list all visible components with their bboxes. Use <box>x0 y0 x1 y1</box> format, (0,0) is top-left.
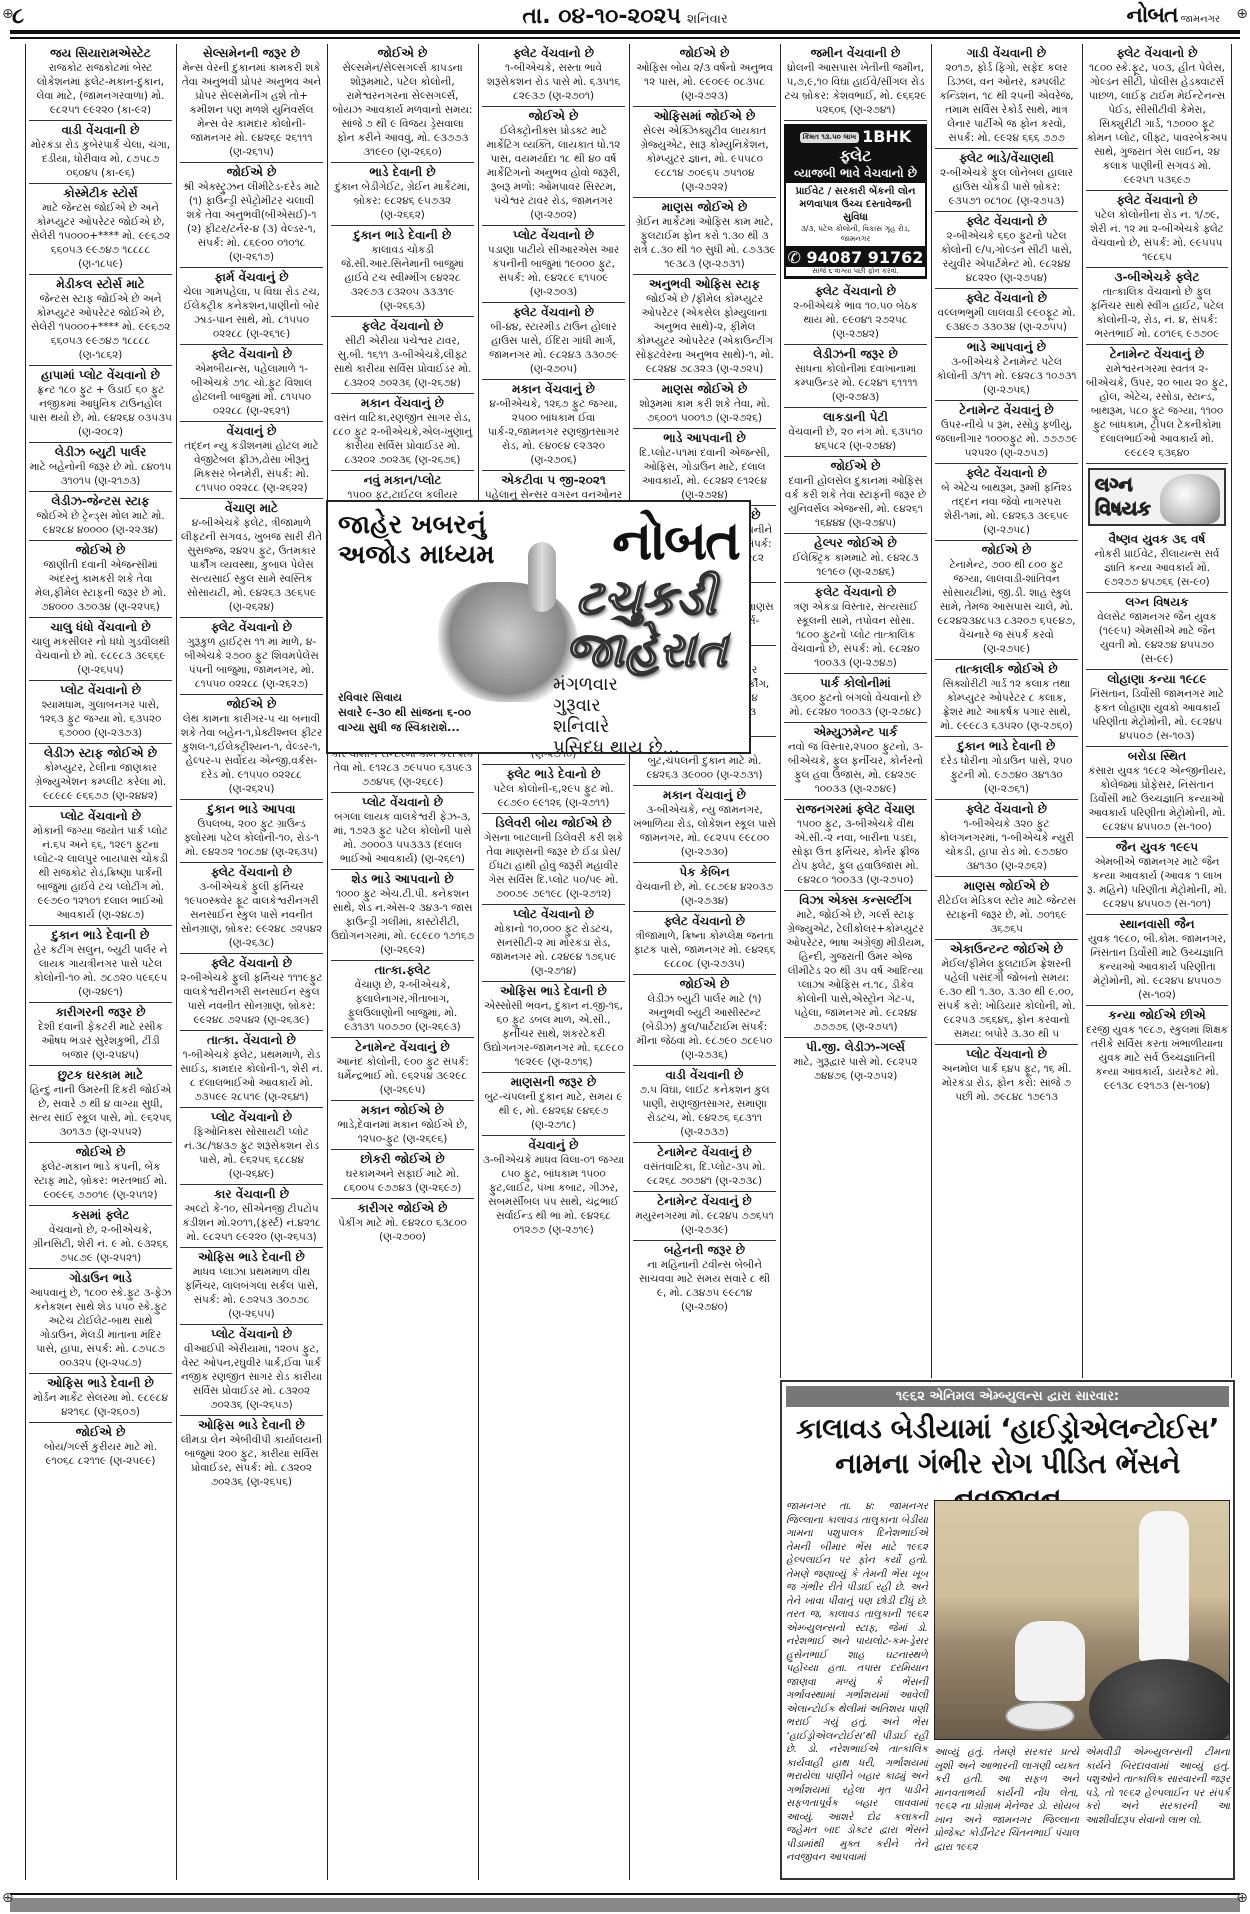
ad-text: મોકાનો ૧૦,૦૦૦ ફુટ રોડટચ, સનસીટી-૨ માં મો… <box>482 922 625 978</box>
ad-text: મોરકંડા રોડ કુબેરપાર્ક ચેલા, ચંગા, દડીયા… <box>29 138 172 180</box>
ad-text: ગેસના બાટલાની ડિલેવરી કરી શકે તેવા માણસન… <box>482 831 625 901</box>
classified-ad: ગોડાઉન ભાડેઆપવાનું છે, ૧૮૦૦ સ્કે.ફુટ ૩-ફ… <box>29 1269 172 1374</box>
ad-heading: કાર વેંચવાની છે <box>180 1187 323 1202</box>
classified-ad: વાડી વેંચવાની છેમોરકંડા રોડ કુબેરપાર્ક ચ… <box>29 121 172 184</box>
classified-ad: ટેનામેન્ટ વેંચવાનું છેવસંતવાટિકા, દિ.પ્લ… <box>633 1143 776 1192</box>
classified-ad: ઓફિસમાં જોઈએ છેસેલ્સ એક્ઝિક્યુટીવ લાયકાત… <box>633 107 776 198</box>
ad-heading: ભાડે આપવાની છે <box>633 431 776 446</box>
classified-ad: જોઈએ છેશ્રી એક્સ્ટ્રુઝન લીમીટેડ-દરેડ માટ… <box>180 163 323 268</box>
classified-ad: પ્લોટ વેંચવાનો છેપડાણા પાટીયે સીઆરએસ આર … <box>482 226 625 303</box>
ad-heading: મકાન વેંચવાનું છે <box>482 382 625 397</box>
ad-heading: શેડ ભાડે આપવાનો છે <box>331 872 474 887</box>
ad-heading: લગ્ન વિષયક <box>1086 595 1228 610</box>
ad-heading: કારીગર જોઈએ છે <box>331 1201 474 1216</box>
ad-text: ઈલેક્ટ્રિક કામમાટે મો. ૯૪૨૮૩ ૧૯૧૯૦ (ણ-૨૭… <box>784 551 927 579</box>
ad-heading: ફ્લેટ વેંચવાનો છે <box>633 914 776 929</box>
classified-ad: ફ્લેટ વેંચવાનો છે૩-બીએચકે ફુલી ફર્નિચર ૧… <box>180 863 323 954</box>
classified-ad: ફ્લેટ વેંચવાનો છેબે એટેચ બાથરૂમ, રૂમ્મી … <box>935 464 1078 541</box>
classified-ad: ફ્લેટ વેંચવાનો છેગુરૂકુળ હાઈટ્સ ૧૧ માં મ… <box>180 618 323 695</box>
classified-ad: ટેનામેન્ટ વેંચવાનું છેઆનંદ કોલોની, ૯૦૦ ફ… <box>331 1038 474 1101</box>
call-time-note: સાંજે ૬ વાગ્યા પછી ફોન કરવો. <box>786 267 925 276</box>
day-3: શનિવારે <box>553 716 680 737</box>
classified-ad: ફ્લેટ વેંચવાનો છે૧-બીએચકે ૩૨૦ ફુટ કોલગનગ… <box>935 800 1078 877</box>
ad-text: માટે જેન્ટસ જોઈએ છે અને કોમ્પ્યુટર ઓપરેટ… <box>29 201 172 271</box>
ad-text: જોઈએ છે /ફીમેલ કોમ્પ્યુટર ઓપરેટર (એકસેલ … <box>633 292 776 376</box>
ad-heading: ફાર્મ વેંચવાનું છે <box>180 270 323 285</box>
classified-ad: મકાન જોઈએ છેભાડે,દેવાનમાં મકાન જોઈએ છે, … <box>331 1101 474 1150</box>
classified-ad: ફલેટ વેંચવાનો છેસીટી એરીયા પંચેશ્વર ટાવર… <box>331 317 474 394</box>
ad-heading: લેડીઝની જરૂર છે <box>784 347 927 362</box>
ad-text: ૨૦૧૭, ફોર્ડ ફિગો, સફેદ કલર ડિઝલ, વન ઓનર,… <box>935 61 1078 145</box>
ad-heading: દુકાન ભાડે આપવા <box>180 802 323 817</box>
story-body-col-2: આવ્યું હતું. તેમણે સરકાર પ્રત્યે ખુશી અન… <box>934 1746 1079 1854</box>
ad-text: શોરૂમમાં કામ કરી શકે તેવા, મો. ૭૬૦૦૧ ૫૦૦… <box>633 397 776 425</box>
classified-ad: કન્યા જોઈએ છીએદરજી યુવક ૧૯૮૭, સ્કુલમાં શ… <box>1086 1006 1228 1096</box>
classified-ad: માણસ જોઈએ છેરીટેઈલ મેડિકલ સ્ટોર માટે જેન… <box>935 877 1078 940</box>
ad-heading: લેડીઝ સ્ટાફ જોઈએ છે <box>29 746 172 761</box>
ad-text: પટેલ કોલોની-૬,૨૯૫ ફુટ મો. ૯૮૭૯૦ ૯૯૧૨૬ (ણ… <box>482 782 625 810</box>
ad-text: ના મહિનાની ટવીન્સ બેબીને સાચવવા માટે સમય… <box>633 1258 776 1314</box>
classified-ad: દુકાન ભાડે દેવાની છેકાલાવડ ચોકડી જે.સી.આ… <box>331 226 474 317</box>
ad-heading: ટેનામેન્ટ વેંચવાનું છે <box>633 1194 776 1209</box>
ad-text: વલ્લભભુમી લાલવાડી ૯૯૦ફૂટ મો. ૯૩૪૯૭ ૩૩૦૩૪… <box>935 306 1078 334</box>
classified-ad: વાડી વેંચવાની છે૭.૫ વિઘા, લાઈટ કનેકશન કુ… <box>633 1066 776 1143</box>
phone-number: 94087 91762 <box>807 248 924 267</box>
ad-text: પેકીંગ માટે મો. ૯૪૨૮૦ ૬૩૮૦૦ (ણ-૨૭૦૦) <box>331 1216 474 1244</box>
classified-ad: જય સિયારામએસ્ટેટરાજકોટ રાજકોટમાં બેસ્ટ લ… <box>29 44 172 121</box>
ad-heading: ૩-બીએચકે ફ્લેટ <box>1086 270 1228 285</box>
ad-heading: ટેનામેન્ટ વેંચવાનું છે <box>1086 347 1228 362</box>
ad-text: ઓફિસ બોય ૨/૩ વર્ષનો અનુભવ ૧૨ પાસ, મો. ૯૯… <box>633 61 776 103</box>
classified-ad: જોઈએ છેલેથ કામના કારીગર-૫ ચા બનાવી શકે ત… <box>180 695 323 800</box>
ad-text: ૧-બીએચકે ફ્લેટ, પ્રથમમાળે, રોડ સાઈડ, કામ… <box>180 1048 323 1104</box>
classified-ad: લેડીઝ-જેન્ટસ સ્ટાફજોઈએ છે ટ્રેન્ડ્સ મોલ … <box>29 492 172 541</box>
ad-text: શ્રી એક્સ્ટ્રુઝન લીમીટેડ-દરેડ માટે (૧) ફ… <box>180 180 323 264</box>
classified-ad: લાકડાની પેટીવેંચવાની છે, ૨૦ નંગ મો. ૬૩૫૧… <box>784 408 927 457</box>
classified-ad: દુકાન ભાડે દેવાની છેહેર કટીંગ સલુન, બ્યુ… <box>29 926 172 1003</box>
ad-text: દરજી યુવક ૧૯૮૭, સ્કુલમાં શિક્ષક તરીકે સર… <box>1086 1023 1228 1093</box>
ad-text: ઈલેક્ટ્રોનીક્સ પ્રોડક્ટ માટે માર્કેટિંગ … <box>482 124 625 222</box>
publish-note: પ્રસિદ્ધ થાય છે... <box>553 737 680 754</box>
classified-ad: કાર વેંચવાની છેઅલ્ટો કે-૧૦, સીએનજી ટીપટો… <box>180 1185 323 1248</box>
ad-text: ફ્લેટ-મકાન ભાડે કંપની, બેંક સ્ટાફ માટે, … <box>29 1160 172 1202</box>
flat-ad-details: પ્રાઈવેટ / સરકારી બેંકની લોન મળવાપાત્ર ઉ… <box>786 183 925 246</box>
ad-text: ગ્રેઈન માર્કેટમાં ઓફિસ કામ માટે, ફુલટાઈમ… <box>633 215 776 271</box>
ad-heading: નવું મકાન/પ્લોટ <box>331 473 474 488</box>
classified-ad: હાપામાં પ્લોટ વેંચવાનો છેફ્રન્ટ ૧૮૦ ફુટ … <box>29 366 172 443</box>
ad-text: કંસારા યુવક ૧૯૮૨ એન્જીનીયર, કોલેજમાં પ્ર… <box>1086 764 1228 834</box>
classified-ad: ફ્લેટ ભાડે/વેંચાણથી૨-બીએચકે ફુલ લોનેબલ હ… <box>935 149 1078 212</box>
ad-heading: જોઈએ છે <box>180 697 323 712</box>
ad-heading: ડિલેવરી બોય જોઈએ છે <box>482 816 625 831</box>
ad-heading: સ્થાનવાસી જૈન <box>1086 917 1228 932</box>
docs-text: મળવાપાત્ર ઉચ્ચ દસ્તાવેજની સુવિધા <box>788 198 923 224</box>
classified-ad: છોકરી જોઈએ છેઘરકામઅને સફાઈ માટે મો. ૮૬૦૦… <box>331 1150 474 1199</box>
ad-text: રામેશ્વરનગરમાં સ્વતંત્ર ૨-બીએચકે, ઉપર, ૨… <box>1086 362 1228 460</box>
ad-text: સિક્યોરીટી ગાર્ડ ૧૨ કલાક તથા કોમ્પ્યુટર … <box>935 677 1078 733</box>
ad-heading: ભાડે દેવાની છે <box>331 165 474 180</box>
ad-text: ૧૦૦૦ ફુટ એચ.ટી.પી. કનેકશન સાથે, શેડ ન.એસ… <box>331 887 474 957</box>
ad-heading: બરોડા સ્થિત <box>1086 749 1228 764</box>
promo-tagline: જાહેર ખબરનુંઅજોડ માધ્યમ <box>338 510 495 570</box>
ad-text: બોય/ગર્લ્સ કુરીયર માટે મો. ૯૧૦૬૮ ૮૨૧૧૯ (… <box>29 1440 172 1468</box>
ad-text: ૭.૫ વિઘા, લાઈટ કનેકશન કુલ પાણી, રાણજીતસા… <box>633 1083 776 1139</box>
ad-text: ત્રીજામાળે, ક્રિષ્ના કોમ્પ્લેક્ષ જનતા ફા… <box>633 929 776 971</box>
ad-text: ૩-બીએચકે ફુલી ફર્નિચર ૧૯૫૦સ્ક્વેર ફૂટ વા… <box>180 880 323 950</box>
ad-heading: એમ્યુઝમેન્ટ પાર્ક <box>784 725 927 740</box>
classified-ad: ઓફિસ ભાડે દેવાની છેમોર્ડન માર્કેટ સેલરમા… <box>29 1374 172 1423</box>
ad-text: વસંતવાટિકા, દિ.પ્લોટ-૩૫ મો. ૯૮૨૬૮ ૭૦૭૪૧ … <box>633 1160 776 1188</box>
classified-ad: બરોડા સ્થિતકંસારા યુવક ૧૯૮૨ એન્જીનીયર, ક… <box>1086 747 1228 838</box>
ad-heading: અનુભવી ઓફિસ સ્ટાફ <box>633 277 776 292</box>
classified-ad: ગાડી વેંચવાની છે૨૦૧૭, ફોર્ડ ફિગો, સફેદ ક… <box>935 44 1078 149</box>
ad-heading: જોઈએ છે <box>180 165 323 180</box>
ad-text: મેન્સ વેરની દુકાનમાં કામકરી શકે તેવા અનુ… <box>180 61 323 159</box>
ad-heading: ફ્લેટ વેંચવાનો છે <box>1086 46 1228 61</box>
standing-vet-figure <box>1139 1511 1189 1661</box>
ad-text: પટેલ કોલોનીના રોડ ન. ૧/૭૯, શેરી નં. ૧૨ મ… <box>1086 208 1228 264</box>
ad-heading: ફલેટ વેંચવાનો છે <box>784 585 927 600</box>
couple-illustration-icon <box>1160 474 1220 524</box>
classified-ad: ડિલેવરી બોય જોઈએ છેગેસના બાટલાની ડિલેવરી… <box>482 814 625 905</box>
classified-ad: પ્લોટ વેંચવાનો છેમોકાની જગ્યા જયોત પાર્ક… <box>29 807 172 926</box>
ad-heading: ઓફિસમાં જોઈએ છે <box>633 109 776 124</box>
column-7: ગાડી વેંચવાની છે૨૦૧૭, ફોર્ડ ફિગો, સફેદ ક… <box>931 44 1081 1378</box>
ad-heading: દુકાન ભાડે દેવાની છે <box>29 928 172 943</box>
classified-ad: જોઈએ છેઈલેક્ટ્રોનીક્સ પ્રોડક્ટ માટે માર્… <box>482 107 625 226</box>
ad-heading: છુટક ઘરકામ માટે <box>29 1068 172 1083</box>
ad-text: પડાણા પાટીયે સીઆરએસ આર કંપનીની બાજુમાં ૧… <box>482 243 625 299</box>
ad-text: ફિઓનિક્સ સોસાયટી પ્લોટ નં.૩૮/૧૪૩૭ ફુટ શર… <box>180 1125 323 1181</box>
ad-heading: જય સિયારામએસ્ટેટ <box>29 46 172 61</box>
ad-text: દવાની હોલસેલ દુકાનમાં ઓફિસ વર્ક કરી શકે … <box>784 474 927 530</box>
tagline-line-1: જાહેર ખબરનું <box>338 510 486 540</box>
classified-ad: ટેનામેન્ટ વેંચવાનું છેમયુરનગરમાં મો. ૯૮૨… <box>633 1192 776 1241</box>
ad-heading: છોકરી જોઈએ છે <box>331 1152 474 1167</box>
classified-ad: ટેનામેન્ટ વેંચવાનું છેરામેશ્વરનગરમાં સ્વ… <box>1086 345 1228 464</box>
kneeling-vet-figure <box>1015 1621 1085 1701</box>
ad-heading: જોઈએ છે <box>633 46 776 61</box>
flat-sale-display-ad: કિંમત ૧૩.૫૦ લાખ1BHK ફ્લેટ વ્યાજબી ભાવે વ… <box>784 124 927 279</box>
page-header: ⊕ ⊕ ૮ તા. ૦૪-૧૦-૨૦૨૫શનિવાર નોબતજામનગર <box>0 0 1250 40</box>
ad-heading: માણસ જોઈએ છે <box>633 200 776 215</box>
ad-text: દિ.પ્લોટ-૫૧માં દવાની એજન્સી, ઓફિસ, ગોડાઉ… <box>633 446 776 502</box>
story-photo <box>934 1500 1230 1740</box>
classified-ad: માણસની જરૂર છેબુટ-ચંપલની દુકાન માટે, સમય… <box>482 1073 625 1136</box>
ad-heading: લાકડાની પેટી <box>784 410 927 425</box>
column-6: જમીન વેંચવાની છેધ્રોલની આસપાસ ખેતીની જમી… <box>780 44 930 1378</box>
ad-text: ૧૮૦૦ સ્કે.ફૂટ, ૫૦૩, હીત પેલેસ, ગોલ્ડન સી… <box>1086 61 1228 187</box>
ad-text: બંગલા લાયક વાલકેશ્વરી ફેઝ-૩, માં, ૧૭૨૩ ફ… <box>331 810 474 866</box>
headline-line-1: કાલાવડ બેડીયામાં ‘હાઈડ્રોએલન્ટોઈસ’ <box>782 1411 1233 1446</box>
ad-heading: જોઈએ છે <box>482 109 625 124</box>
flat-ad-phone: ✆ 94087 91762 <box>786 248 925 267</box>
address-text: ૩/૩, પટેલ કોલોની, વિકાસ ગૃહ રોડ, જામનગર <box>788 224 923 244</box>
ad-text: માધવ પ્લાઝા પ્રથમમાળ વીથ ફર્નિચર, લાલબંગ… <box>180 1265 323 1321</box>
ad-heading: કારીગરની જરૂર છે <box>29 1005 172 1020</box>
ad-text: આપવાનું છે, ૧૮૦૦ સ્કે.ફુટ ૩-ફેઝ કનેકશન સ… <box>29 1286 172 1370</box>
price-tag: કિંમત ૧૩.૫૦ લાખ <box>800 132 859 143</box>
classified-ad: દુકાન ભાડે આપવાઉપલબ્ધ, ૨૦૦ ફુટ ગ્રાઉન્ડ … <box>180 800 323 863</box>
ad-text: મેઈલ/ફીમેલ ફુલટાઈમ ફ્રેશરની પહેલી પસંદગી… <box>935 957 1078 1041</box>
masthead-logo: નોબતજામનગર <box>1127 2 1221 28</box>
bucket-shape <box>1005 1701 1075 1731</box>
ad-heading: વિઝા એક્સ કન્સલ્ટીંગ <box>784 893 927 908</box>
ad-text: ૩૬૦૦ ફુટનો બંગલો વેંચવાનો છે મો. ૯૮૨૪૦ ૧… <box>784 691 927 719</box>
ad-heading: બહેનની જરૂર છે <box>633 1243 776 1258</box>
classified-ad: ટેનામેન્ટ વેંચવાનું છેઉપર-નીચે ૫ રૂમ, રસ… <box>935 401 1078 464</box>
ad-heading: વેંચવાનું છે <box>482 1138 625 1153</box>
classified-ad: જોઈએ છેલેડીઝ બ્યુટી પાર્લર માટે (૧) અનુભ… <box>633 975 776 1066</box>
ad-text: ૩-બીએચકે, ન્યુ જામનગર, ખંભાળિયા રોડ, લોક… <box>633 803 776 859</box>
ad-text: રાજકોટ રાજકોટમાં બેસ્ટ લોકેશનમાં ફલેટ-મક… <box>29 61 172 117</box>
ad-heading: મકાન જોઈએ છે <box>331 1103 474 1118</box>
ad-heading: તાત્કાલીક જોઈએ છે <box>935 662 1078 677</box>
classified-ad: ફ્લેટ વેંચવાનો છે૨-બીએચકે ૬૬૦ ફુટનો પટેલ… <box>935 212 1078 289</box>
classified-ad: ફ્લેટ વેંચવાનો છેપટેલ કોલોનીના રોડ ન. ૧/… <box>1086 191 1228 268</box>
classified-ad: જોઈએ છેટેનામેન્ટ, ૭૦૦ થી ૮૦૦ ફુટ જગ્યા, … <box>935 541 1078 660</box>
classified-ad: લેડીઝની જરૂર છેસાધના કોલોનીમાં દવાખાનામા… <box>784 345 927 408</box>
ad-text: એસ્સોસી ભવન, દુકાન નં.જી-૧૬, ૬૦ ફુટ ડબલ … <box>482 999 625 1069</box>
column-2: સેલ્સમેનની જરૂર છેમેન્સ વેરની દુકાનમાં ક… <box>176 44 326 1880</box>
hours-line-3: વાગ્યા સુધી જ સ્વિકારાશે... <box>338 720 471 735</box>
ad-text: ફ્રન્ટ ૧૮૦ ફુટ + ઉંડાઈ ૬૦ ફુટ નજીકમાં આધ… <box>29 383 172 439</box>
classified-ad: મકાન વેંચવાનું છેવસંત વાટિકા,રણજીત સાગર … <box>331 394 474 471</box>
classified-ad: એમ્યુઝમેન્ટ પાર્કનવો જ વિસ્તાર,૨૫૦૦ ફુટન… <box>784 723 927 800</box>
ad-heading: એકટીવા ૫ જી-૨૦૨૧ <box>482 473 625 488</box>
ad-heading: ટેનામેન્ટ વેંચવાનું છે <box>331 1040 474 1055</box>
story-body-col-1: જામનગર તા. ૪: જામનગર જિલ્લાના કાલાવડ તાલ… <box>786 1500 928 1865</box>
ad-text: ૧-બીએચકે ૩૨૦ ફુટ કોલગનગરમાં, ૧-બીએચકે ન્… <box>935 817 1078 873</box>
ad-text: તાત્કાલિક વેંચવાનો છે ફુલ ફર્નિચર સાથે સ… <box>1086 285 1228 341</box>
ad-text: હેર કટીંગ સલુન, બ્યુટી પાર્લર ને લાયક ગા… <box>29 943 172 999</box>
issue-date: તા. ૦૪-૧૦-૨૦૨૫શનિવાર <box>0 4 1250 29</box>
ad-text: જાણીતી દવાની એજન્સીમાં અંદરનું કામકરી શક… <box>29 558 172 614</box>
ad-heading: પી.જી. લેડીઝ-ગર્લ્સ <box>784 1040 927 1055</box>
classified-ad: બહેનની જરૂર છેના મહિનાની ટવીન્સ બેબીને સ… <box>633 1241 776 1317</box>
footer-rule <box>10 1893 1240 1895</box>
classified-ad: વૈષ્ણવ યુવક ૩૬ વર્ષનોકરી પ્રાઈવેટ, રીલાય… <box>1086 530 1228 593</box>
ad-text: નિંસંતાન, ડિર્વોસી જામનગર માટે ફકત લોહાણ… <box>1086 687 1228 743</box>
ad-heading: હાપામાં પ્લોટ વેંચવાનો છે <box>29 368 172 383</box>
classified-ad: રાજનગરમાં ફ્લેટ વેંચાણ૧૫૦૦ ફુટ, ૩-બીએચકે… <box>784 800 927 891</box>
ad-text: લીમડા લેન એબીવીપી કાર્યાલયની બાજુમાં ૨૦૦… <box>180 1433 323 1489</box>
classified-ad: પ્લોટ વેંચવાનો છેબંગલા લાયક વાલકેશ્વરી ફ… <box>331 793 474 870</box>
ad-heading: મેડીકલ સ્ટોર્સ માટે <box>29 277 172 292</box>
classified-ad: તાત્કાલીક જોઈએ છેસિક્યોરીટી ગાર્ડ ૧૨ કલા… <box>935 660 1078 737</box>
classified-ad: સેલ્સમેનની જરૂર છેમેન્સ વેરની દુકાનમાં ક… <box>180 44 323 163</box>
ad-heading: જોઈએ છે <box>633 977 776 992</box>
flat-ad-title-row: કિંમત ૧૩.૫૦ લાખ1BHK ફ્લેટ <box>786 127 925 166</box>
ad-text: સેલ્સ એક્ઝિક્યુટીવ લાયકાત ગ્રેજ્યુએટ, સા… <box>633 124 776 194</box>
ad-heading: મકાન વેંચવાનું છે <box>331 396 474 411</box>
ad-text: ઘરકામઅને સફાઈ માટે મો. ૮૬૦૦૫ ૯૭૭૪૩ (ણ-૨૬… <box>331 1167 474 1195</box>
ad-heading: દુકાન ભાડે દેવાની છે <box>935 739 1078 754</box>
classified-ad: ફ્લેટ વેંચવાનો છે૧૮૦૦ સ્કે.ફૂટ, ૫૦૩, હીત… <box>1086 44 1228 191</box>
column-5: જોઈએ છેઓફિસ બોય ૨/૩ વર્ષનો અનુભવ ૧૨ પાસ,… <box>629 44 779 1880</box>
loan-text: પ્રાઈવેટ / સરકારી બેંકની લોન <box>788 185 923 198</box>
ad-heading: જોઈએ છે <box>331 46 474 61</box>
ad-heading: ફ્લેટ વેંચવાનો છે <box>1086 193 1228 208</box>
classified-ad: વેંચાણ માટે૪-બીએચકે ફલેટ, ત્રીજામાળે લીફ… <box>180 499 323 618</box>
classified-ad: જોઈએ છેફ્લેટ-મકાન ભાડે કંપની, બેંક સ્ટાફ… <box>29 1143 172 1206</box>
column-8: ફ્લેટ વેંચવાનો છે૧૮૦૦ સ્કે.ફૂટ, ૫૦૩, હીત… <box>1082 44 1232 1378</box>
ad-heading: લેડીઝ-જેન્ટસ સ્ટાફ <box>29 494 172 509</box>
ad-text: ૩-બીએચકે માધવ વિલા-૦૧ જગ્યા ૮૫૦ ફુટ, બાં… <box>482 1153 625 1237</box>
ad-heading: ફ્લેટ ભાડે દેવાનો છે <box>482 767 625 782</box>
ad-heading: મકાન વેંચવાનું છે <box>633 788 776 803</box>
ad-heading: માણસ જોઈએ છે <box>633 382 776 397</box>
classified-ad: તાત્કા. વેંચવાનો છે૧-બીએચકે ફ્લેટ, પ્રથમ… <box>180 1031 323 1108</box>
ad-heading: લોહાણા કન્યા ૧૯૮૯ <box>1086 672 1228 687</box>
hours-line-2: સવારે ૯-૩૦ થી સાંજના ૬-૦૦ <box>338 705 471 720</box>
ad-heading: વૈષ્ણવ યુવક ૩૬ વર્ષ <box>1086 532 1228 547</box>
ad-heading: હેલ્પર જોઈએ છે <box>784 536 927 551</box>
classified-ad: પ્લોટ વેંચવાનો છેશ્યામધામ, ગુલાબનગર પાસે… <box>29 681 172 744</box>
ad-text: માટે, જોઈએ છે, ગર્લ્સ સ્ટાફ ગ્રેજ્યુએટ, … <box>784 908 927 1034</box>
ad-text: ૨-બીએચકે ફુલી ફર્નિચર ૧૧૧૯ફુટ વાલકેશ્વરી… <box>180 971 323 1027</box>
flat-ad-subtitle: વ્યાજબી ભાવે વેચવાનો છે <box>786 166 925 181</box>
ad-heading: જોઈએ છે <box>29 1425 172 1440</box>
classified-ad: મેડીકલ સ્ટોર્સ માટેજેન્ટસ સ્ટાફ જોઈએ છે … <box>29 275 172 366</box>
ad-heading: ટેનામેન્ટ વેંચવાનું છે <box>935 403 1078 418</box>
big-title-2: જાહેરાત <box>565 622 727 678</box>
ad-text: ચેલા ગામપહેલા, ૫ વિઘા રોડ ટચ, ઈલેકટ્રીક … <box>180 285 323 341</box>
classified-ad: ફ્લેટ વેંચવાનો છેત્રીજામાળે, ક્રિષ્ના કો… <box>633 912 776 975</box>
ad-text: તદ્દન ન્યુ કંડીશનમાં હોટલ માટે વેજીટેબલ … <box>180 439 323 495</box>
tagline-line-2: અજોડ માધ્યમ <box>338 540 495 570</box>
classified-ad: પી.જી. લેડીઝ-ગર્લ્સમાટે, ગુરૂદ્વાર પાસે … <box>784 1038 927 1086</box>
ad-heading: જૈન યુવક ૧૯૯૫ <box>1086 840 1228 855</box>
ad-heading: પ્લોટ વેંચવાનો છે <box>29 683 172 698</box>
ad-heading: માણસની જરૂર છે <box>482 1075 625 1090</box>
ad-heading: ફ્લેટ વેંચવાનો છે <box>180 347 323 362</box>
ad-heading: કોસ્મેટીક સ્ટોર્સ <box>29 186 172 201</box>
ad-heading: તાત્કા.ફ્લેટ <box>331 963 474 978</box>
ad-heading: પ્લોટ વેંચવાનો છે <box>482 228 625 243</box>
ad-heading: પ્લોટ વેંચવાનો છે <box>180 1110 323 1125</box>
classified-ad: ફાર્મ વેંચવાનું છેચેલા ગામપહેલા, ૫ વિઘા … <box>180 268 323 345</box>
ad-heading: રાજનગરમાં ફ્લેટ વેંચાણ <box>784 802 927 817</box>
classified-ad: પ્લોટ વેંચવાનો છેમોકાનો ૧૦,૦૦૦ ફુટ રોડટચ… <box>482 905 625 982</box>
ad-text: ૩-બીએચકે ટેનામેન્ટ પટેલ કોલોની ૩/૧૧ મો. … <box>935 355 1078 397</box>
ad-heading: ફ્લેટ વેંચવાનો છે <box>482 305 625 320</box>
ad-text: હિન્દુ નાની ઉંમરની દિકરી જોઈએ છે, સવારે … <box>29 1083 172 1139</box>
ad-text: કોમ્પ્યુટર, ટેલીના જાણકાર ગ્રેજ્યુએશન કમ… <box>29 761 172 803</box>
classified-ad: વેંચવાનું છે૩-બીએચકે માધવ વિલા-૦૧ જગ્યા … <box>482 1136 625 1240</box>
buffalo-shape <box>1089 1659 1230 1740</box>
ad-text: જેન્ટસ સ્ટાફ જોઈએ છે અને કોમ્પ્યુટર ઓપરે… <box>29 292 172 362</box>
ad-text: ચાલુ મકસીલર નો ધંધો ગુડવીલથી વેંચવાનો છે… <box>29 635 172 677</box>
classified-ad: પ્લોટ વેંચવાનો છેફિઓનિક્સ સોસાયટી પ્લોટ … <box>180 1108 323 1185</box>
classified-ad: માણસ જોઈએ છેશોરૂમમાં કામ કરી શકે તેવા, મ… <box>633 380 776 429</box>
ad-heading: ગાડી વેંચવાની છે <box>935 46 1078 61</box>
header-rule-thin <box>10 37 1240 39</box>
ad-heading: ટેનામેન્ટ વેંચવાનું છે <box>633 1145 776 1160</box>
footer-bar <box>10 1898 1240 1912</box>
date-text: તા. ૦૪-૧૦-૨૦૨૫ <box>522 4 681 29</box>
ad-text: મોકાની જગ્યા જયોત પાર્ક પ્લોટ નં.૬૫ અને … <box>29 824 172 922</box>
classified-ad: વેંચવાનું છેતદ્દન ન્યુ કંડીશનમાં હોટલ મા… <box>180 422 323 499</box>
classified-ad: પ્લોટ વેંચવાનો છેવીઆઈપી એરીયામાં, ૧૨૦૫ ફ… <box>180 1325 323 1416</box>
classified-ad: પ્લોટ વેંચવાનો છેઅનમોલ પાર્ક ૬૪૫ ફૂટ, ૧૬… <box>935 1045 1078 1107</box>
classified-ad: શેડ ભાડે આપવાનો છે૧૦૦૦ ફુટ એચ.ટી.પી. કને… <box>331 870 474 961</box>
ad-text: વીઆઈપી એરીયામાં, ૧૨૦૫ ફુટ, વેસ્ટ ઓપન,રઘુ… <box>180 1342 323 1412</box>
ad-text: વેંચવાનો છે, ૨-બીએચકે, ગ્રીનસિટી, શેરી ન… <box>29 1223 172 1265</box>
ad-text: ૨-બીએચકે ફુલ લોનેબલ હાલાર હાઉસ ચોકડી પાસ… <box>935 166 1078 208</box>
masthead-city: જામનગર <box>1181 14 1220 25</box>
classified-ad: ૩-બીએચકે ફ્લેટતાત્કાલિક વેંચવાનો છે ફુલ … <box>1086 268 1228 345</box>
classified-ad: ફ્લેટ વેંચવાનો છે૧-બીએચકે, સસ્તા ભાવે શર… <box>482 44 625 107</box>
ad-heading: વેંચવાનું છે <box>180 424 323 439</box>
ad-text: ૨-બીએચકે ભાવ ૧૦.૫૦ બેઠક થાય મો. ૯૯૦૪૧ ૨૭… <box>784 299 927 341</box>
classified-ad: ભાડે આપવાની છેદિ.પ્લોટ-૫૧માં દવાની એજન્સ… <box>633 429 776 506</box>
ad-text: યુવક ૧૯૮૦, બી.કોમ. જામનગર, નિંસંતાન ડિર્… <box>1086 932 1228 1002</box>
ad-text: એમબીયન્સ, પહેલામાળે ૧-બીએચકે ૭૧૮ ચો.ફુટ … <box>180 362 323 418</box>
ad-text: શ્યામધામ, ગુલાબનગર પાસે, ૧૨૬૩ ફુટ જગ્યા … <box>29 698 172 740</box>
day-1: મંગળવાર <box>553 674 680 695</box>
classified-ad: ભાડે દેવાની છેદુકાન બેડીગેઈટ, ગ્રેઈન માર… <box>331 163 474 226</box>
ad-heading: ફ્લેટ વેંચવાનો છે <box>482 46 625 61</box>
classified-ad: પેક કેબિનવેંચવાની છે, મો. ૯૮૭૯૪ ૪૨૦૩૭ (ણ… <box>633 863 776 912</box>
classified-ad: ફ્લેટ વેંચવાનો છેવલ્લભભુમી લાલવાડી ૯૯૦ફૂ… <box>935 289 1078 338</box>
ad-text: બુટ,ચંપલની દુકાન માટે મો. ૯૪૨૬૩ ૩૯૦૦૦ (ણ… <box>633 754 776 782</box>
ad-text: દુકાન બેડીગેઈટ, ગ્રેઈન માર્કેટમાં, બ્રોક… <box>331 180 474 222</box>
big-title-1: ટચુકડી <box>576 570 716 626</box>
classified-ad: ઓફિસ ભાડે દેવાની છેલીમડા લેન એબીવીપી કાર… <box>180 1416 323 1492</box>
ad-heading: ફ્લેટ વેંચવાનો છે <box>180 620 323 635</box>
ad-heading: કસમાં ફ્લેટ <box>29 1208 172 1223</box>
ad-text: મયુરનગરમાં મો. ૯૮૨૪૫ ૭૭૬૫૧ (ણ-૨૭૩૯) <box>633 1209 776 1237</box>
ad-heading: પ્લોટ વેંચવાનો છે <box>935 1047 1078 1062</box>
classified-ad: પાર્ક કોલોનીમાં૩૬૦૦ ફુટનો બંગલો વેંચવાનો… <box>784 674 927 723</box>
classified-ad: કસમાં ફ્લેટવેંચવાનો છે, ૨-બીએચકે, ગ્રીનસ… <box>29 1206 172 1269</box>
ad-text: ટેનામેન્ટ, ૭૦૦ થી ૮૦૦ ફુટ જગ્યા, લાલવાડી… <box>935 558 1078 656</box>
news-story: ૧૯૬૨ એનિમલ એમ્બ્યુલન્સ દ્વારા સારવાર: કા… <box>780 1380 1235 1880</box>
ad-text: ૧૫૦૦ ફુટ, ૩-બીએચકે વીથ એ.સી.-૨ નવા, બારી… <box>784 817 927 887</box>
classified-ad: ફ્લેટ વેંચવાનો છેબી-૪૪, સ્ટારમીડ ટાઉન હો… <box>482 303 625 380</box>
story-kicker: ૧૯૬૨ એનિમલ એમ્બ્યુલન્સ દ્વારા સારવાર: <box>786 1386 1229 1407</box>
day-2: ગુરૂવાર <box>553 695 680 716</box>
ad-heading: પ્લોટ વેંચવાનો છે <box>331 795 474 810</box>
classified-ad: લેડીઝ સ્ટાફ જોઈએ છેકોમ્પ્યુટર, ટેલીના જા… <box>29 744 172 807</box>
ad-text: માટે બહેનોની જરૂર છે મો. ૮૪૦૧૫ ૩૧૦૧૫ (ણ-… <box>29 460 172 488</box>
ad-heading: પ્લોટ વેંચવાનો છે <box>180 1327 323 1342</box>
classified-ad: લગ્ન વિષયકવેલસેટ જામનગર જૈન યુવક (૧૯૯૫) … <box>1086 593 1228 670</box>
ad-text: બી-૪૪, સ્ટારમીડ ટાઉન હોલાર હાઉસ પાસે, ઈં… <box>482 320 625 376</box>
ad-text: વસંત વાટિકા,રણજીત સાગર રોડ, ૮૮૦ ફુટ ૨-બી… <box>331 411 474 467</box>
column-4: ફ્લેટ વેંચવાનો છે૧-બીએચકે, સસ્તા ભાવે શર… <box>478 44 628 1880</box>
ad-heading: વાડી વેંચવાની છે <box>29 123 172 138</box>
ad-text: સાધના કોલોનીમાં દવાખાનામાં કમ્પાઉન્ડર મો… <box>784 362 927 404</box>
ad-heading: ફ્લેટ ભાડે/વેંચાણથી <box>935 151 1078 166</box>
classified-ad: એકાઉન્ટન્ટ જોઈએ છેમેઈલ/ફીમેલ ફુલટાઈમ ફ્ર… <box>935 940 1078 1045</box>
ad-heading: જોઈએ છે <box>784 459 927 474</box>
ad-text: બે એટેચ બાથરૂમ, રૂમ્મી ફર્નિશ્ડ તદ્દન નવ… <box>935 481 1078 537</box>
ad-heading: સેલ્સમેનની જરૂર છે <box>180 46 323 61</box>
classified-ad: તાત્કા.ફ્લેટવેંચાણ છે, ૨-બીએચકે, ફલાલેના… <box>331 961 474 1038</box>
ad-text: કાલાવડ ચોકડી જે.સી.આર.સિનેમાની બાજુમાં હ… <box>331 243 474 313</box>
ad-text: આનંદ કોલોની, ૯૦૦ ફુટ સંપર્ક: ધર્મેન્દ્રભ… <box>331 1055 474 1097</box>
ad-text: વેંચવાની છે, મો. ૯૮૭૯૪ ૪૨૦૩૭ (ણ-૨૭૩૪) <box>633 880 776 908</box>
ad-heading: જોઈએ છે <box>29 1145 172 1160</box>
classified-ad: જોઈએ છેબોય/ગર્લ્સ કુરીયર માટે મો. ૯૧૦૬૮ … <box>29 1423 172 1471</box>
matrimonial-section-badge: લગ્નવિષયક <box>1088 468 1226 526</box>
ad-text: ૧-બીએચકે, સસ્તા ભાવે શરૂસેકશન રોડ પાસે મ… <box>482 61 625 103</box>
classified-ad: ઓફિસ ભાડે દેવાની છેએસ્સોસી ભવન, દુકાન નં… <box>482 982 625 1073</box>
classified-ad: લોહાણા કન્યા ૧૯૮૯નિંસંતાન, ડિર્વોસી જામન… <box>1086 670 1228 747</box>
ad-heading: એકાઉન્ટન્ટ જોઈએ છે <box>935 942 1078 957</box>
